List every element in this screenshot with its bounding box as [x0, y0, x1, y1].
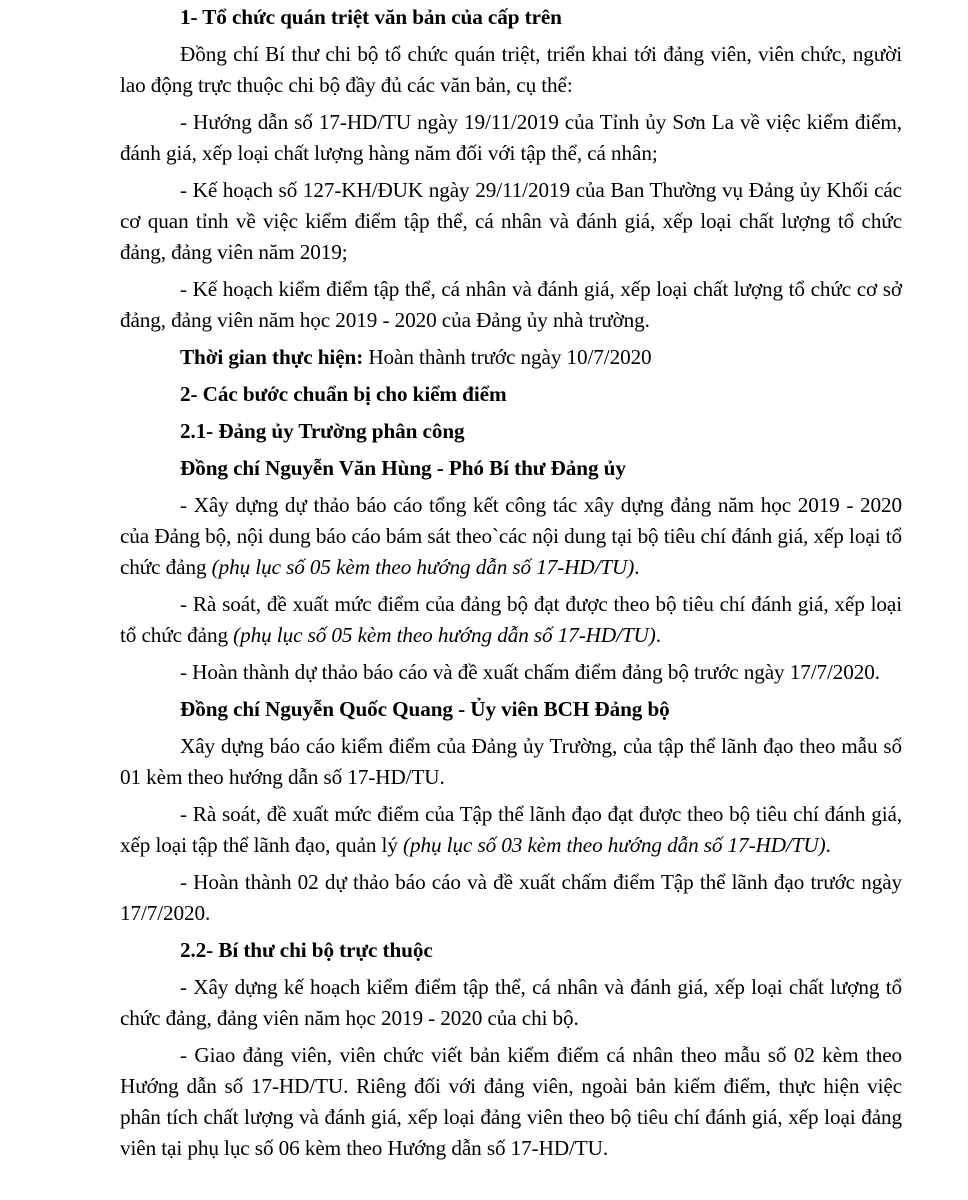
heading-section-1: 1- Tổ chức quán triệt văn bản của cấp tr… [120, 2, 902, 33]
heading-section-2-1: 2.1- Đảng ủy Trường phân công [120, 416, 902, 447]
deadline-label: Thời gian thực hiện: [180, 345, 363, 369]
text-tail: . [634, 555, 639, 579]
heading-person-hung: Đồng chí Nguyễn Văn Hùng - Phó Bí thư Đả… [120, 453, 902, 484]
italic-reference: (phụ lục số 05 kèm theo hướng dẫn số 17-… [212, 555, 635, 579]
italic-reference: (phụ lục số 05 kèm theo hướng dẫn số 17-… [233, 623, 656, 647]
deadline-value: Hoàn thành trước ngày 10/7/2020 [363, 345, 651, 369]
paragraph-secretary-task-1: - Xây dựng kế hoạch kiểm điểm tập thể, c… [120, 972, 902, 1034]
heading-section-2: 2- Các bước chuẩn bị cho kiểm điểm [120, 379, 902, 410]
heading-person-quang: Đồng chí Nguyễn Quốc Quang - Ủy viên BCH… [120, 694, 902, 725]
paragraph-quang-task-1: Xây dựng báo cáo kiểm điểm của Đảng ủy T… [120, 731, 902, 793]
paragraph-plan-school: - Kế hoạch kiểm điểm tập thể, cá nhân và… [120, 274, 902, 336]
paragraph-hung-task-3: - Hoàn thành dự thảo báo cáo và đề xuất … [120, 657, 902, 688]
paragraph-quang-task-3: - Hoàn thành 02 dự thảo báo cáo và đề xu… [120, 867, 902, 929]
paragraph-deadline: Thời gian thực hiện: Hoàn thành trước ng… [120, 342, 902, 373]
paragraph-guide-17: - Hướng dẫn số 17-HD/TU ngày 19/11/2019 … [120, 107, 902, 169]
paragraph-hung-task-1: - Xây dựng dự thảo báo cáo tổng kết công… [120, 490, 902, 583]
italic-reference: (phụ lục số 03 kèm theo hướng dẫn số 17-… [403, 833, 826, 857]
paragraph-secretary-task-2: - Giao đảng viên, viên chức viết bản kiể… [120, 1040, 902, 1164]
paragraph-hung-task-2: - Rà soát, đề xuất mức điểm của đảng bộ … [120, 589, 902, 651]
heading-section-2-2: 2.2- Bí thư chi bộ trực thuộc [120, 935, 902, 966]
paragraph-plan-127: - Kế hoạch số 127-KH/ĐUK ngày 29/11/2019… [120, 175, 902, 268]
text-tail: . [656, 623, 661, 647]
document-page: 1- Tổ chức quán triệt văn bản của cấp tr… [120, 2, 902, 1170]
paragraph-quang-task-2: - Rà soát, đề xuất mức điểm của Tập thể … [120, 799, 902, 861]
text-tail: . [826, 833, 831, 857]
paragraph-intro: Đồng chí Bí thư chi bộ tổ chức quán triệ… [120, 39, 902, 101]
